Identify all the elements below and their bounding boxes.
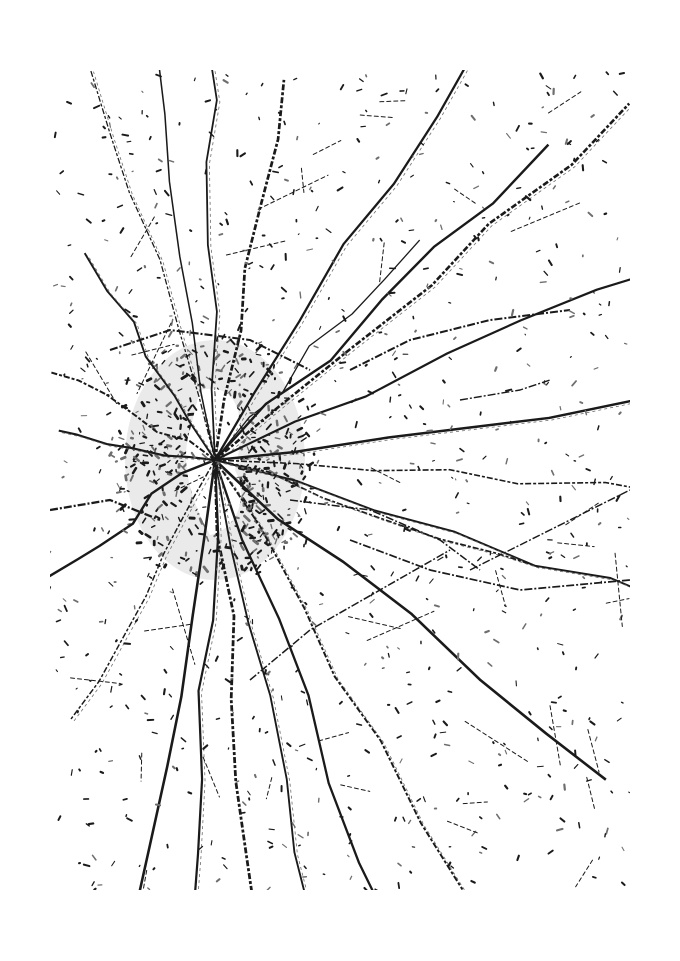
crack-pattern <box>50 70 630 890</box>
shattered-glass-image: shattered glass with impact hole <box>50 70 630 890</box>
